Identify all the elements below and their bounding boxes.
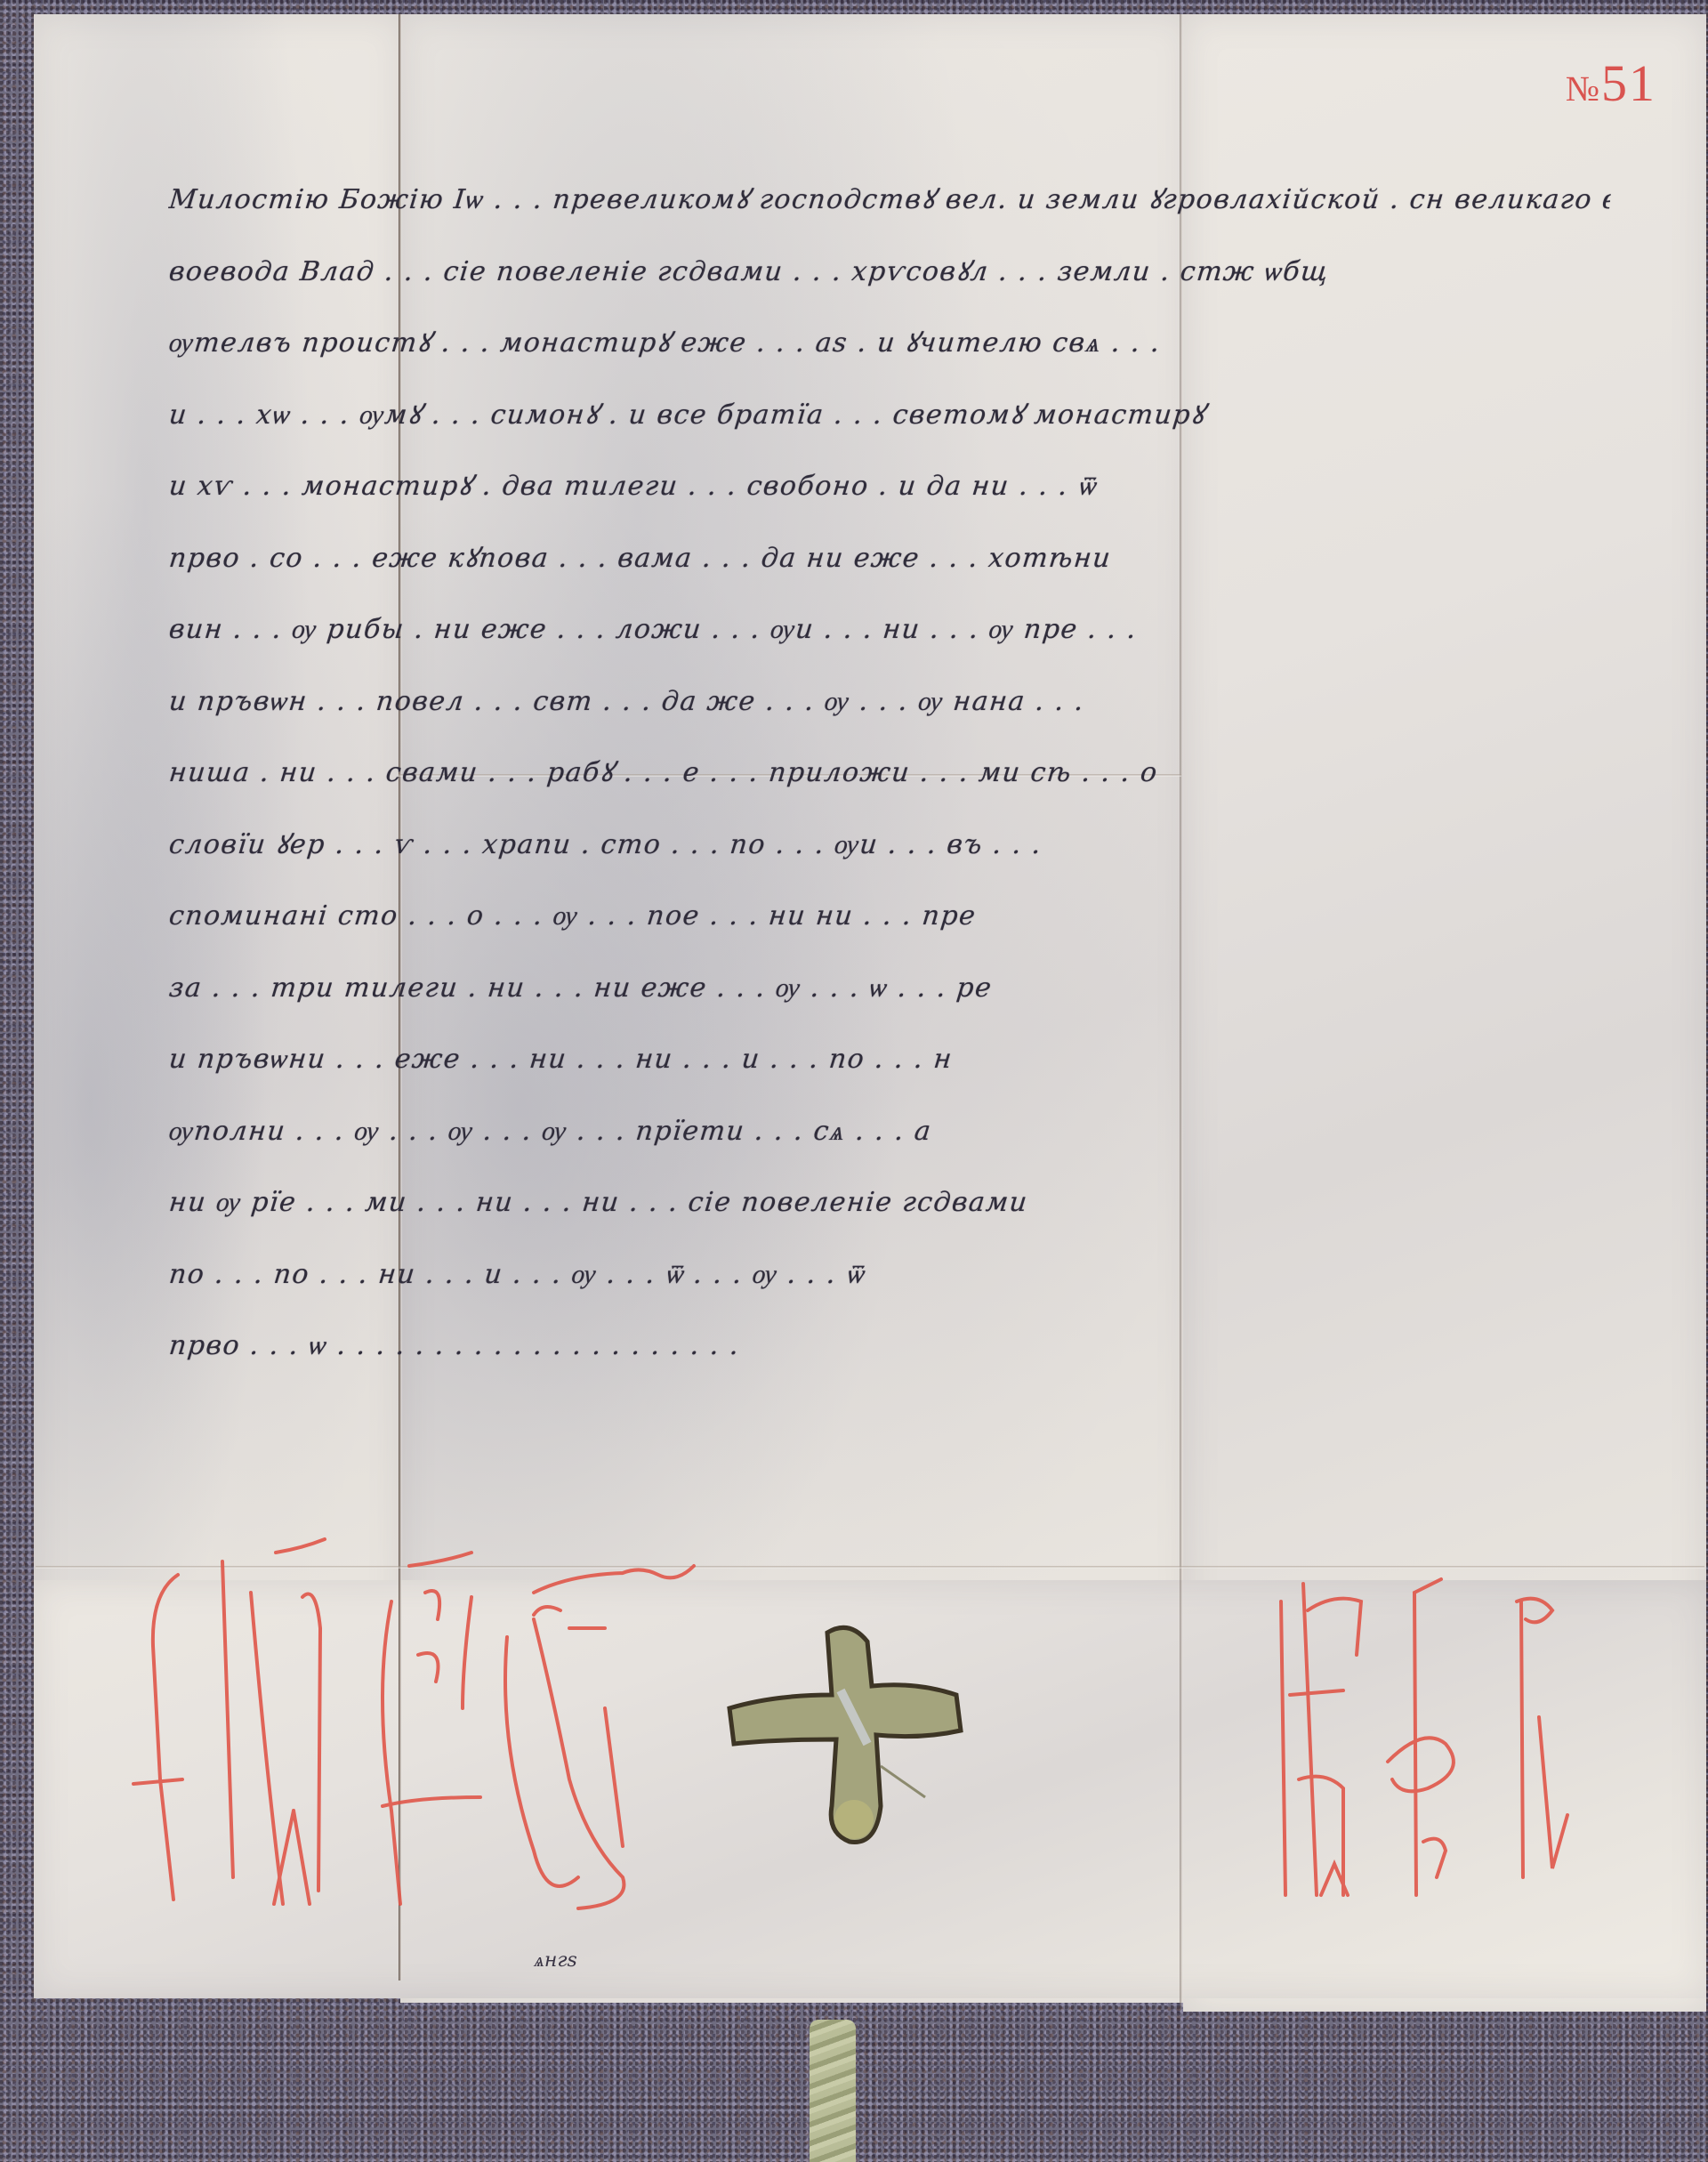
text-line: ни ѹ рїе . . . ми . . . ни . . . ни . . …: [165, 1167, 1614, 1239]
bottom-flap: [34, 1580, 1706, 1998]
text-line: по . . . по . . . ни . . . и . . . ѹ . .…: [165, 1239, 1614, 1311]
text-line: и хѵ . . . монастирꙋ . два тилеги . . . …: [165, 451, 1614, 523]
text-line: вин . . . ѹ рибы . ни еже . . . ложи . .…: [165, 594, 1614, 666]
text-line: словїи ꙋер . . . ѵ . . . храпи . сто . .…: [165, 810, 1614, 882]
text-line: ѹполни . . . ѹ . . . ѹ . . . ѹ . . . прї…: [165, 1096, 1614, 1168]
fold-line-bottom: [36, 1566, 1704, 1569]
text-line: прво . . . ѡ . . . . . . . . . . . . . .…: [165, 1311, 1614, 1383]
text-line: споминані сто . . . о . . . ѹ . . . пое …: [165, 881, 1614, 953]
manuscript-text: Милостію Божію Іѡ . . . превеликомꙋ госп…: [169, 165, 1610, 1383]
text-line: и пръвѡни . . . еже . . . ни . . . ни . …: [165, 1024, 1614, 1096]
seal-cord: [810, 2020, 856, 2162]
text-line: Милостію Божію Іѡ . . . превеликомꙋ госп…: [165, 165, 1614, 237]
catalog-number: №51: [1566, 53, 1656, 113]
text-line: ѹтелвъ проистꙋ . . . монастирꙋ еже . . .…: [165, 308, 1614, 380]
catalog-number-value: 51: [1601, 54, 1656, 112]
text-line: за . . . три тилеги . ни . . . ни еже . …: [165, 953, 1614, 1025]
text-line: прво . со . . . еже кꙋпова . . . вама . …: [165, 523, 1614, 595]
catalog-number-prefix: №: [1566, 69, 1601, 109]
text-line: и пръвѡн . . . повел . . . свт . . . да …: [165, 666, 1614, 738]
text-line: воевода Влад . . . сіе повеленіе гсдвами…: [165, 237, 1614, 309]
text-line: ниша . ни . . . свами . . . рабꙋ . . . е…: [165, 738, 1614, 810]
marginal-note: ѧнгѕ: [534, 1948, 577, 1972]
text-line: и . . . хѡ . . . ѹмꙋ . . . симонꙋ . и вс…: [165, 380, 1614, 452]
